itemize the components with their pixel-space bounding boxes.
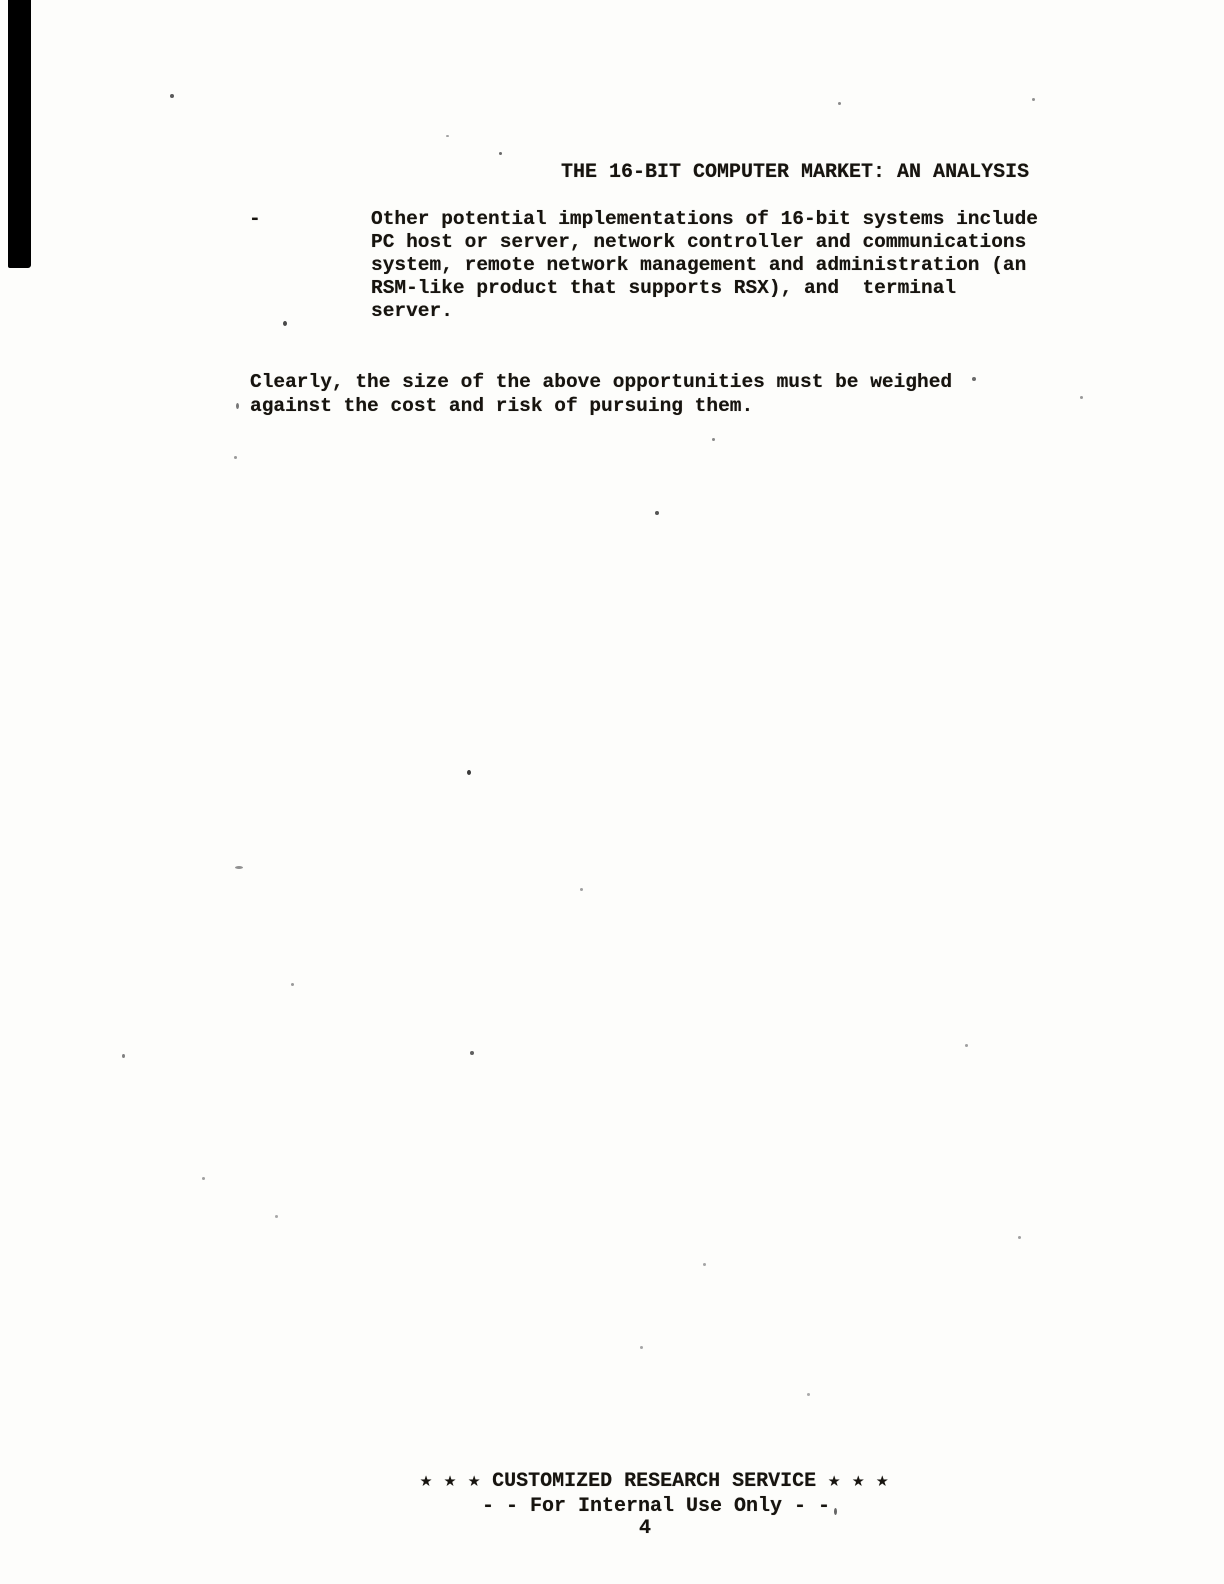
- page-number: 4: [639, 1517, 651, 1541]
- scan-speck: [838, 102, 841, 105]
- scan-speck: [499, 152, 502, 155]
- scan-speck: [834, 1508, 837, 1515]
- scan-speck: [1080, 396, 1083, 399]
- scan-speck: [807, 1393, 810, 1396]
- scan-speck: [291, 983, 294, 986]
- closing-paragraph: Clearly, the size of the above opportuni…: [250, 370, 952, 418]
- scan-speck: [1032, 98, 1035, 101]
- scan-speck: [1018, 1236, 1021, 1239]
- bullet-dash-marker: -: [249, 208, 261, 231]
- scan-speck: [655, 511, 659, 515]
- scan-speck: [202, 1177, 205, 1180]
- scan-speck: [712, 438, 715, 441]
- scan-speck: [467, 770, 471, 775]
- footer-service-line: ★ ★ ★ CUSTOMIZED RESEARCH SERVICE ★ ★ ★: [420, 1470, 888, 1494]
- scan-speck: [446, 135, 449, 137]
- document-title: THE 16-BIT COMPUTER MARKET: AN ANALYSIS: [561, 161, 1029, 185]
- scan-speck: [170, 94, 174, 98]
- scan-speck: [972, 377, 976, 381]
- scan-speck: [703, 1263, 706, 1266]
- scan-speck: [965, 1044, 968, 1047]
- scan-speck: [122, 1054, 125, 1058]
- footer-internal-use-line: - - For Internal Use Only - -: [482, 1495, 830, 1519]
- scan-speck: [640, 1346, 643, 1349]
- scanned-page: THE 16-BIT COMPUTER MARKET: AN ANALYSIS …: [0, 0, 1224, 1584]
- scan-speck: [236, 403, 239, 409]
- scan-speck: [275, 1215, 278, 1218]
- scan-speck: [235, 866, 243, 869]
- scan-speck: [283, 321, 287, 326]
- scan-artifact-bar: [8, 0, 31, 268]
- scan-speck: [580, 888, 583, 891]
- bullet-paragraph: Other potential implementations of 16-bi…: [371, 208, 1038, 323]
- scan-speck: [234, 456, 237, 459]
- scan-speck: [470, 1051, 474, 1055]
